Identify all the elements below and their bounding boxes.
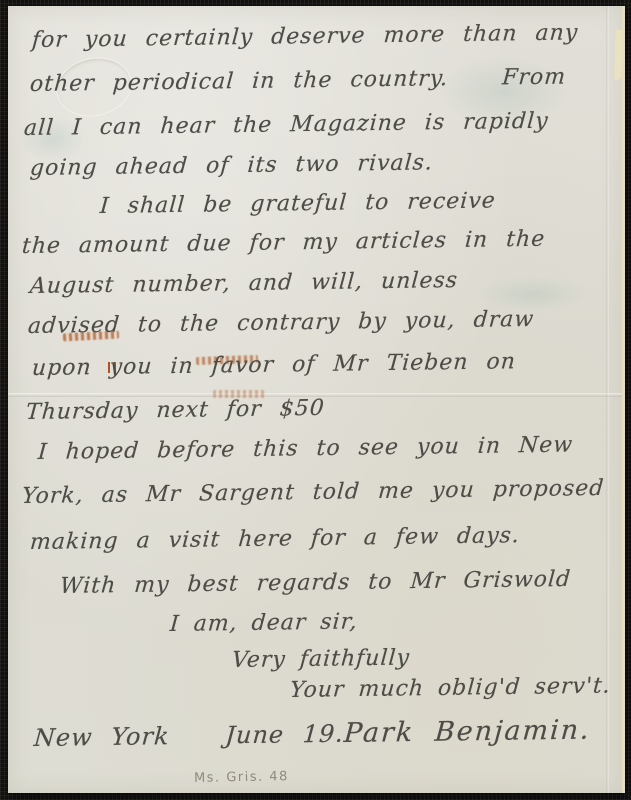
handwritten-line: going ahead of its two rivals. — [29, 150, 434, 181]
letter-page: for you certainly deserve more than any … — [8, 6, 625, 793]
dateline: New York June 19. — [33, 720, 345, 752]
photo-backdrop: for you certainly deserve more than any … — [0, 0, 631, 800]
handwritten-line: Your much oblig'd serv't. — [289, 674, 612, 704]
handwritten-line: Thursday next for $50 — [25, 396, 326, 425]
handwritten-line: August number, and will, unless — [29, 268, 459, 299]
handwritten-line: York, as Mr Sargent told me you proposed — [21, 476, 605, 509]
catalog-number: Ms. Gris. 48 — [194, 769, 289, 786]
handwritten-line: With my best regards to Mr Griswold — [59, 567, 572, 599]
handwritten-line: advised to the contrary by you, draw — [27, 307, 535, 339]
handwritten-line: for you certainly deserve more than any — [31, 20, 579, 53]
signature: Park Benjamin. — [343, 715, 592, 749]
handwritten-line: upon you in favor of Mr Tieben on — [31, 349, 517, 381]
handwritten-line: making a visit here for a few days. — [29, 523, 521, 555]
handwritten-line: Very faithfully — [231, 646, 411, 674]
handwritten-line: I am, dear sir, — [169, 609, 359, 637]
handwritten-line: I shall be grateful to receive — [99, 188, 497, 219]
handwritten-line: I hoped before this to see you in New — [37, 433, 574, 466]
folded-corner — [614, 30, 622, 80]
handwritten-line: the amount due for my articles in the — [21, 227, 546, 259]
